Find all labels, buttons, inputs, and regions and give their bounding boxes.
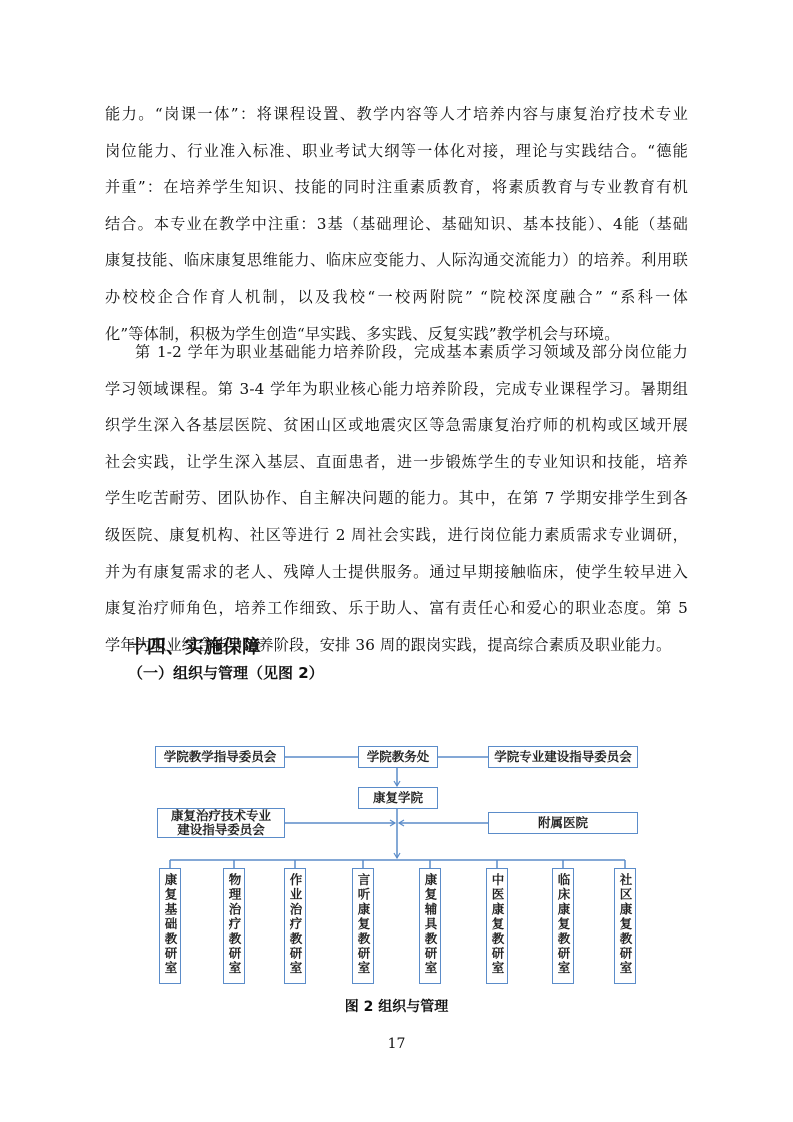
box-rehab-college: 康复学院	[358, 787, 438, 809]
box-label-line2: 建设指导委员会	[177, 823, 265, 837]
dept-tcm-rehab: 中医康复教研室	[486, 868, 508, 984]
box-specialty-committee: 学院专业建设指导委员会	[488, 746, 638, 768]
dept-clinical-rehab: 临床康复教研室	[552, 868, 574, 984]
box-label: 康复学院	[373, 791, 423, 805]
dept-occupational-therapy: 作业治疗教研室	[284, 868, 306, 984]
dept-community-rehab: 社区康复教研室	[614, 868, 636, 984]
box-rehab-specialty-committee: 康复治疗技术专业 建设指导委员会	[157, 808, 285, 838]
connector-lines	[0, 0, 793, 1122]
box-label: 学院教学指导委员会	[164, 750, 277, 764]
box-label: 学院教务处	[367, 750, 430, 764]
box-academic-affairs: 学院教务处	[358, 746, 438, 768]
box-label: 学院专业建设指导委员会	[494, 750, 632, 764]
dept-rehab-basics: 康复基础教研室	[159, 868, 181, 984]
page-number: 17	[0, 1036, 793, 1052]
box-affiliated-hospital: 附属医院	[488, 812, 638, 834]
box-teaching-committee: 学院教学指导委员会	[155, 746, 285, 768]
dept-assistive-devices: 康复辅具教研室	[419, 868, 441, 984]
dept-physical-therapy: 物理治疗教研室	[223, 868, 245, 984]
box-label-line1: 康复治疗技术专业	[171, 809, 271, 823]
org-chart: 学院教学指导委员会 学院教务处 学院专业建设指导委员会 康复学院 康复治疗技术专…	[0, 0, 793, 1122]
figure-caption: 图 2 组织与管理	[0, 996, 793, 1016]
dept-speech-hearing: 言听康复教研室	[352, 868, 374, 984]
box-label: 附属医院	[538, 816, 588, 830]
